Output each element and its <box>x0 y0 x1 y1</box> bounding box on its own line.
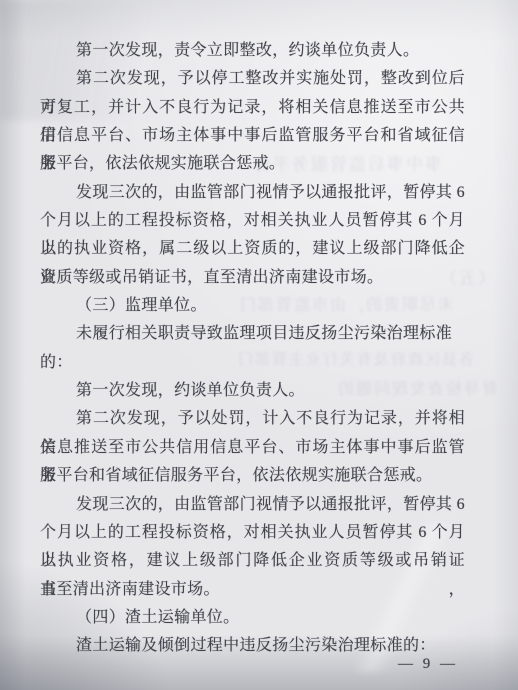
text-line: 个月以上的工程投标资格，对相关执业人员暂停其 6 个月以 <box>40 519 465 547</box>
text-line: 个月以上的工程投标资格，对相关执业人员暂停其 6 个月以 <box>40 207 465 235</box>
text-line: 上的执业资格，属二级以上资质的，建议上级部门降低企业 <box>40 235 465 263</box>
text-line: 资质等级或吊销证书，直至清出济南建设市场。 <box>40 264 465 292</box>
text-line: 可复工，并计入不良行为记录，将相关信息推送至市公共信 <box>40 94 465 122</box>
text-line: 的： <box>40 349 465 377</box>
text-line: 发现三次的，由监管部门视情予以通报批评，暂停其 6 <box>40 491 465 519</box>
document-body-text: 第一次发现，责令立即整改，约谈单位负责人。第二次发现，予以停工整改并实施处罚，整… <box>40 37 465 661</box>
text-line: 第一次发现，约谈单位负责人。 <box>40 377 465 405</box>
text-line: 第二次发现，予以停工整改并实施处罚，整改到位后方 <box>40 65 465 93</box>
photographed-document-page: 事中事后监管服务平台（五）未尽职责的，由市监管部门各县区政府及有关行业主管部门督… <box>0 0 518 690</box>
text-line: 上执业资格，建议上级部门降低企业资质等级或吊销证书， <box>40 547 465 575</box>
text-line: 务平台，依法依规实施联合惩戒。 <box>40 150 465 178</box>
text-line: （三）监理单位。 <box>40 292 465 320</box>
text-line: 未履行相关职责导致监理项目违反扬尘污染治理标准 <box>40 320 465 348</box>
text-line: 用信息平台、市场主体事中事后监管服务平台和省域征信服 <box>40 122 465 150</box>
text-line: 第一次发现，责令立即整改，约谈单位负责人。 <box>40 37 465 65</box>
text-line: 发现三次的，由监管部门视情予以通报批评，暂停其 6 <box>40 179 465 207</box>
text-line: 第二次发现，予以处罚，计入不良行为记录，并将相关 <box>40 405 465 433</box>
text-line: （四）渣土运输单位。 <box>40 604 465 632</box>
page-number: — 9 — <box>398 656 458 673</box>
text-line: 信息推送至市公共信用信息平台、市场主体事中事后监管服 <box>40 434 465 462</box>
text-line: 务平台和省域征信服务平台，依法依规实施联合惩戒。 <box>40 462 465 490</box>
